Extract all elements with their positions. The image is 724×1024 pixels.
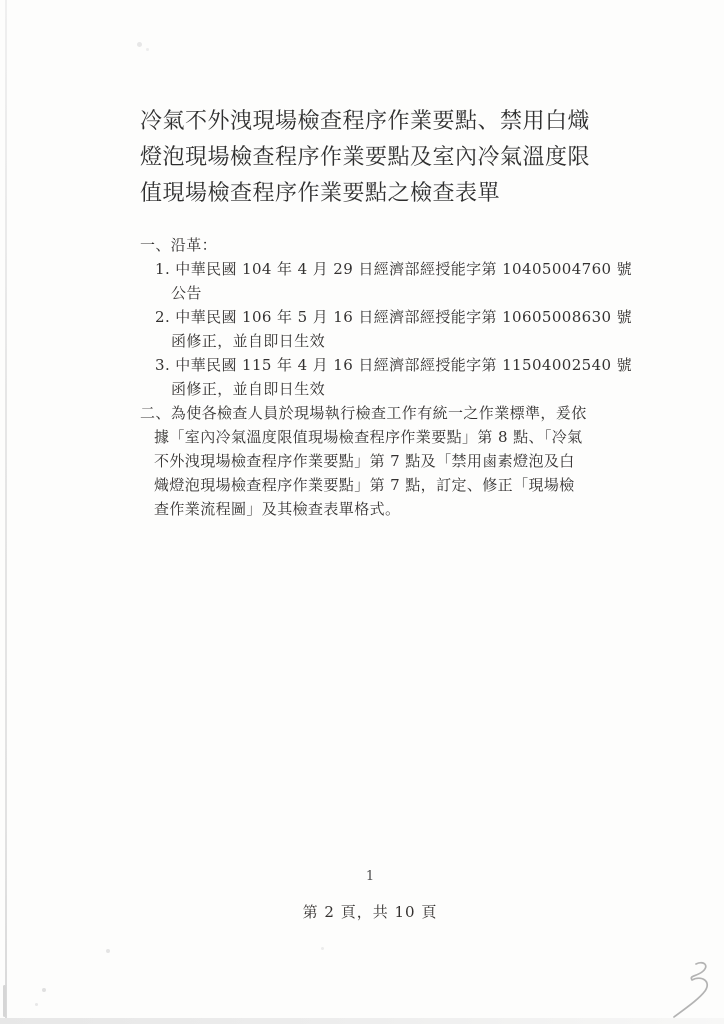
document-body: 一、沿革： 1. 中華民國 104 年 4 月 29 日經濟部經授能字第 104… [140, 233, 612, 521]
section-2-line-5: 查作業流程圖」及其檢查表單格式。 [154, 497, 612, 521]
section-2-line-1: 二、為使各檢查人員於現場執行檢查工作有統一之作業標準，爰依 [140, 401, 612, 425]
document-content: 冷氣不外洩現場檢查程序作業要點、禁用白熾 燈泡現場檢查程序作業要點及室內冷氣溫度… [140, 104, 612, 521]
history-item-2-line-1: 2. 中華民國 106 年 5 月 16 日經濟部經授能字第 106050086… [155, 305, 612, 329]
scan-speck [137, 42, 142, 47]
history-item-2-line-2: 函修正，並自即日生效 [171, 329, 612, 353]
history-item-3-line-1: 3. 中華民國 115 年 4 月 16 日經濟部經授能字第 115040025… [155, 353, 612, 377]
section-2-line-4: 熾燈泡現場檢查程序作業要點」第 7 點，訂定、修正「現場檢 [154, 473, 612, 497]
scan-speck [321, 947, 324, 950]
page-indicator: 第 2 頁，共 10 頁 [140, 901, 600, 922]
scanned-document-page: 冷氣不外洩現場檢查程序作業要點、禁用白熾 燈泡現場檢查程序作業要點及室內冷氣溫度… [0, 0, 724, 1024]
title-line-3: 值現場檢查程序作業要點之檢查表單 [140, 176, 612, 212]
scan-speck [106, 949, 110, 953]
history-item-1-line-1: 1. 中華民國 104 年 4 月 29 日經濟部經授能字第 104050047… [155, 257, 612, 281]
scan-speck [42, 988, 46, 992]
scan-speck [35, 1003, 38, 1006]
title-line-1: 冷氣不外洩現場檢查程序作業要點、禁用白熾 [140, 104, 612, 140]
history-item-3-line-2: 函修正，並自即日生效 [171, 377, 612, 401]
scan-edge-left [5, 0, 7, 1024]
scan-speck [146, 48, 149, 51]
section-2-line-3: 不外洩現場檢查程序作業要點」第 7 點及「禁用鹵素燈泡及白 [154, 449, 612, 473]
scan-edge-left-dark-segment [3, 985, 6, 1017]
handwritten-mark-stroke [674, 963, 707, 1017]
sheet-number: 1 [140, 869, 600, 884]
document-title: 冷氣不外洩現場檢查程序作業要點、禁用白熾 燈泡現場檢查程序作業要點及室內冷氣溫度… [140, 104, 612, 212]
history-item-1-line-2: 公告 [171, 281, 612, 305]
handwritten-mark [668, 960, 716, 1020]
section-1-heading: 一、沿革： [140, 233, 612, 257]
section-2-line-2: 據「室內冷氣溫度限值現場檢查程序作業要點」第 8 點、「冷氣 [154, 425, 612, 449]
title-line-2: 燈泡現場檢查程序作業要點及室內冷氣溫度限 [140, 140, 612, 176]
scan-edge-bottom [0, 1018, 724, 1024]
